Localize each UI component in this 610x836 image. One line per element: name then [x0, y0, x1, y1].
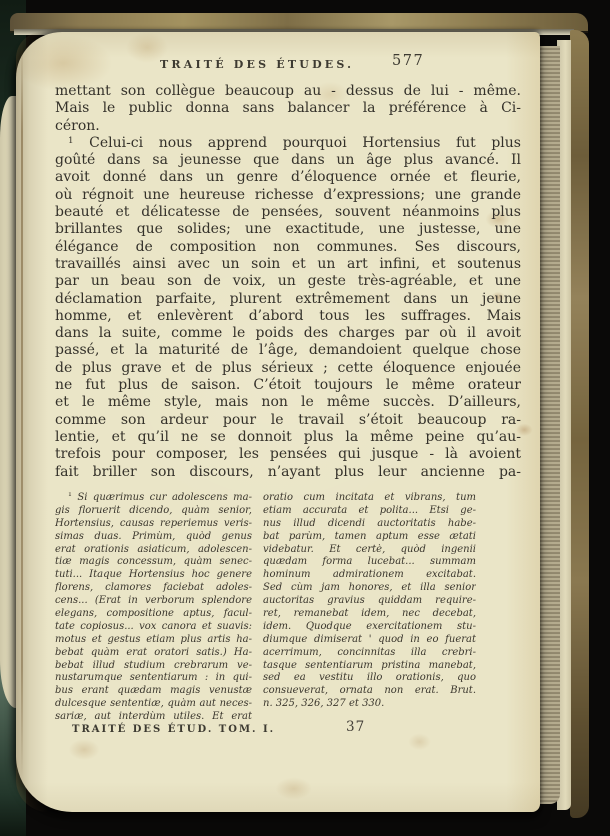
text-line: beauté et délicatesse de pensées, souven… — [55, 204, 521, 221]
text-line: lentie, et qu’il ne se donnoit plus la m… — [55, 429, 521, 446]
text-line: bat parùm, tamen aptum esse ætati — [263, 531, 476, 544]
text-line: passé, et la maturité de l’âge, demandoi… — [55, 342, 521, 359]
text-line: diumque dimiserat ' quod in eo fuerat — [263, 634, 476, 647]
text-line: hominum admirationem excitabat. — [263, 569, 476, 582]
text-line: motus et gestus etiam plus artis ha- — [55, 634, 252, 647]
text-line: erat orationis asiaticum, adolescen- — [55, 544, 252, 557]
text-line: cens... (Erat in verborum splendore — [55, 595, 252, 608]
text-line: par un beau son de voix, un geste très-a… — [55, 273, 521, 290]
footnote-reference-mark: 1 — [68, 136, 74, 146]
text-line: homme, et enlevèrent d’abord tous les su… — [55, 308, 521, 325]
running-title: TRAITÉ DES ÉTUDES. — [160, 58, 354, 71]
footnote-right-column: oratio cum incitata et vibrans, tumetiam… — [263, 492, 476, 711]
text-line: 1 Si quærimus cur adolescens ma- — [55, 492, 252, 505]
text-line: simas duas. Primùm, quòd genus — [55, 531, 252, 544]
text-line: sariæ, aut interdùm utiles. Et erat — [55, 711, 252, 724]
text-line: Sed cùm jam honores, et illa senior — [263, 582, 476, 595]
text-line: auctoritas gravius quiddam require- — [263, 595, 476, 608]
text-line: acerrimum, concinnitas illa crebri- — [263, 647, 476, 660]
text-line: bebat quàm erat oratori satis.) Ha- — [55, 647, 252, 660]
cover-fore-edge — [570, 30, 589, 818]
text-line: bus erant quædam magis venustæ — [55, 685, 252, 698]
book-scan: TRAITÉ DES ÉTUDES. 577 mettant son collè… — [0, 0, 610, 836]
text-line: dulcesque sententiæ, quàm aut neces- — [55, 698, 252, 711]
text-line: 1 Celui-ci nous apprend pourquoi Hortens… — [55, 135, 521, 152]
gutter-crease-line — [21, 44, 23, 777]
text-line: avoit donné dans un genre d’éloquence or… — [55, 169, 521, 186]
text-line: florens, clamores faciebat adoles- — [55, 582, 252, 595]
text-line: mettant son collègue beaucoup au - dessu… — [55, 83, 521, 100]
footer-signature-title: TRAITÉ DES ÉTUD. TOM. I. — [72, 724, 275, 735]
text-line: élégance de composition non communes. Se… — [55, 239, 521, 256]
book-page: TRAITÉ DES ÉTUDES. 577 mettant son collè… — [16, 32, 540, 812]
text-line: de plus grave et de plus sérieux ; cette… — [55, 360, 521, 377]
text-line: et le même style, mais non le même succè… — [55, 394, 521, 411]
text-line: travaillés ainsi avec un soin et un art … — [55, 256, 521, 273]
text-line: tiæ magis concessum, quàm senec- — [55, 556, 252, 569]
page-number: 577 — [392, 53, 424, 69]
text-line: dans la suite, comme le poids des charge… — [55, 325, 521, 342]
text-line: tate copiosus... vox canora et suavis: — [55, 621, 252, 634]
text-line: nus illud dicendi auctoritatis habe- — [263, 518, 476, 531]
main-text-block: mettant son collègue beaucoup au - dessu… — [55, 83, 521, 481]
text-line: brillantes que solides; une exactitude, … — [55, 221, 521, 238]
text-line: céron. — [55, 118, 521, 135]
text-line: nustarumque sententiarum : in qui- — [55, 672, 252, 685]
text-line: tuti... Itaque Hortensius hoc genere — [55, 569, 252, 582]
text-line: fait briller son discours, n’ayant plus … — [55, 464, 521, 481]
text-line: gis floruerit dicendo, quàm senior, — [55, 505, 252, 518]
footnote-reference-mark: 1 — [68, 492, 72, 498]
text-line: consueverat, ornata non erat. Brut. — [263, 685, 476, 698]
text-line: déclamation parfaite, plurent extrêmemen… — [55, 291, 521, 308]
footnote-left-column: 1 Si quærimus cur adolescens ma-gis flor… — [55, 492, 252, 724]
text-line: comme son ardeur pour le travail s’étoit… — [55, 412, 521, 429]
text-line: tasque sententiarum pristina manebat, — [263, 660, 476, 673]
text-line: quædam forma lucebat... summam — [263, 556, 476, 569]
text-line: etiam accurata et polita... Etsi ge- — [263, 505, 476, 518]
text-line: videbatur. Et certè, quòd ingenii — [263, 544, 476, 557]
text-line: ret, remanebat idem, nec decebat, — [263, 608, 476, 621]
text-line: sed ea vestitu illo orationis, quo — [263, 672, 476, 685]
text-line: ne fut plus de saison. C’étoit toujours … — [55, 377, 521, 394]
text-line: trefois pour composer, les pensées qui j… — [55, 446, 521, 463]
gathering-number: 37 — [346, 719, 365, 735]
text-line: oratio cum incitata et vibrans, tum — [263, 492, 476, 505]
text-line: elegans, compositione aptus, facul- — [55, 608, 252, 621]
text-line: goûté dans sa jeunesse que dans un âge p… — [55, 152, 521, 169]
text-line: n. 325, 326, 327 et 330. — [263, 698, 476, 711]
text-line: bebat illud studium crebrarum ve- — [55, 660, 252, 673]
text-line: Mais le public donna sans balancer la pr… — [55, 100, 521, 117]
text-line: Hortensius, causas reperiemus veris- — [55, 518, 252, 531]
text-line: où régnoit une heureuse richesse d’expre… — [55, 187, 521, 204]
text-line: idem. Quodque exercitationem stu- — [263, 621, 476, 634]
